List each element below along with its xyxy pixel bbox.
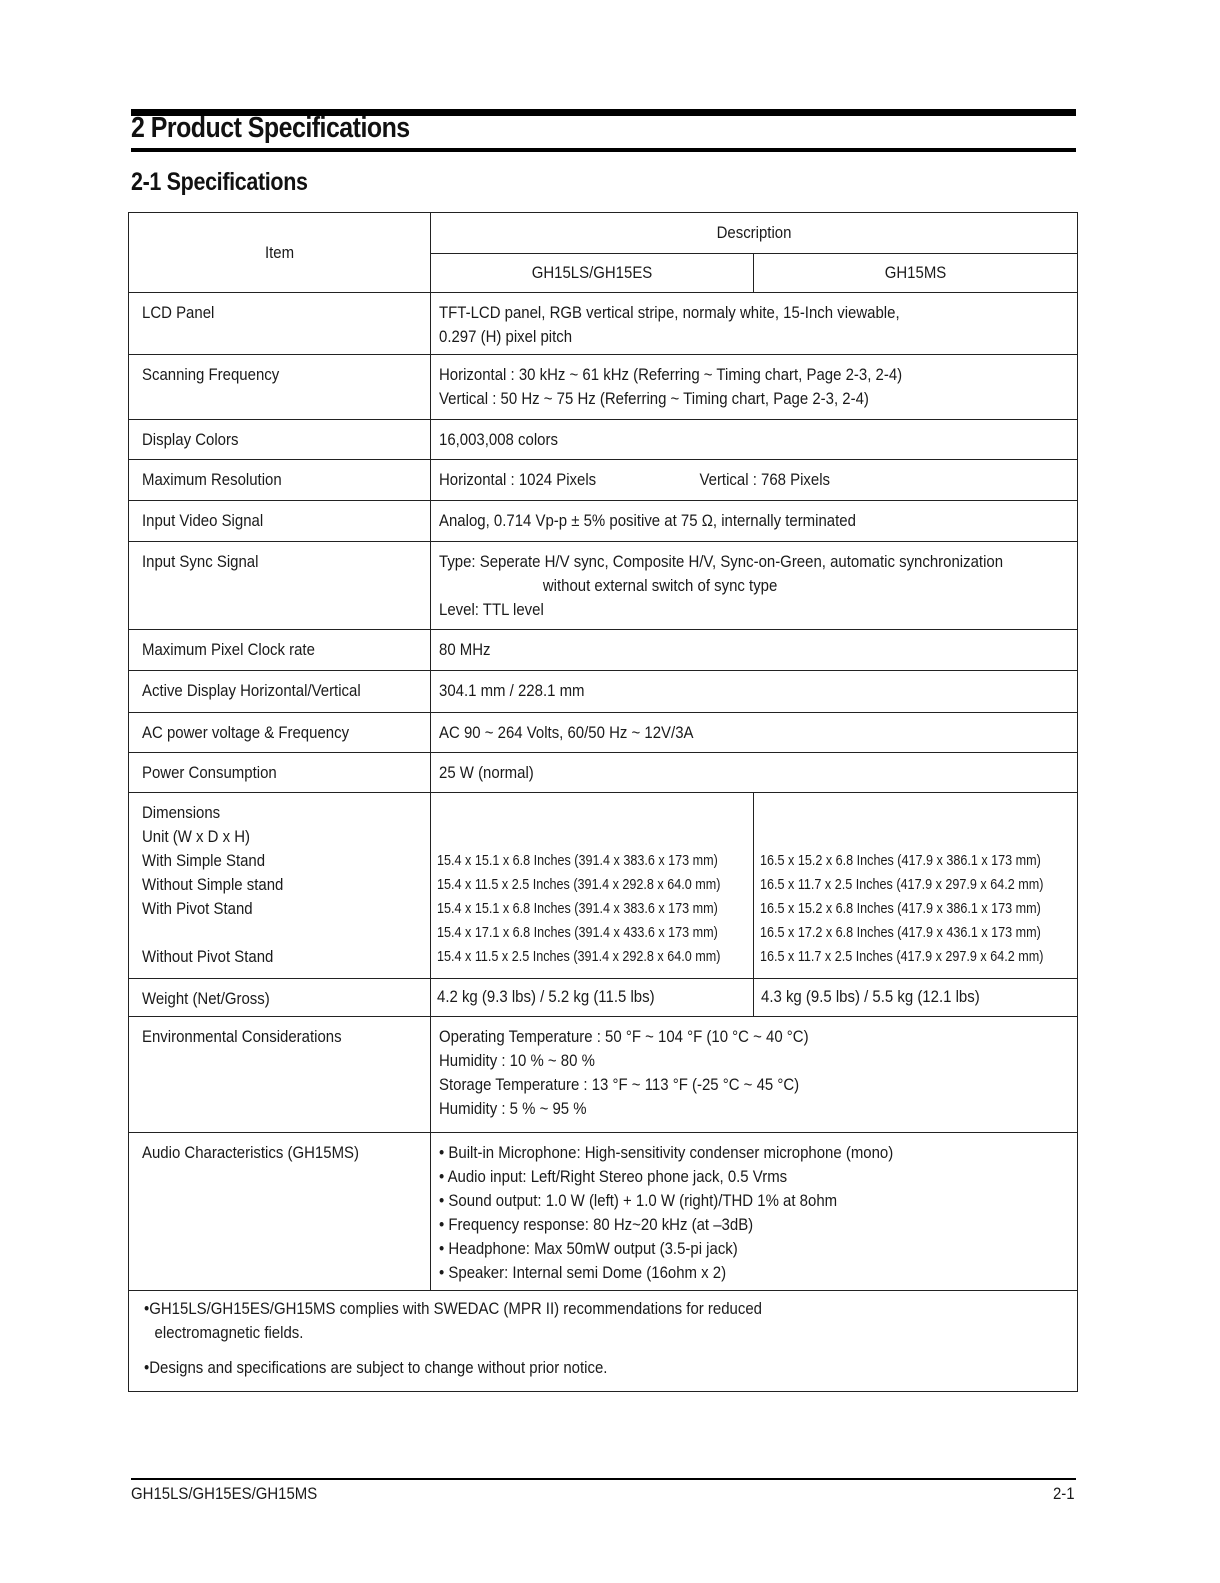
row-label: Input Video Signal [129,501,431,542]
table-row: Active Display Horizontal/Vertical 304.1… [129,671,1078,713]
specifications-table: Item Description GH15LS/GH15ES GH15MS LC… [128,212,1078,1392]
row-label: Weight (Net/Gross) [129,979,431,1017]
chapter-title: 2 Product Specifications [131,112,410,145]
row-label: Maximum Pixel Clock rate [129,630,431,671]
row-value: Analog, 0.714 Vp-p ± 5% positive at 75 Ω… [431,501,1078,542]
row-value: Horizontal : 30 kHz ~ 61 kHz (Referring … [431,355,1078,420]
table-row: LCD Panel TFT-LCD panel, RGB vertical st… [129,293,1078,355]
table-row: Maximum Resolution Horizontal : 1024 Pix… [129,460,1078,501]
row-value: Horizontal : 1024 PixelsVertical : 768 P… [431,460,1078,501]
row-label: Power Consumption [129,753,431,793]
note-change-notice: •Designs and specifications are subject … [144,1356,965,1380]
table-row: Input Video Signal Analog, 0.714 Vp-p ± … [129,501,1078,542]
table-row: Maximum Pixel Clock rate 80 MHz [129,630,1078,671]
dimensions-gh15ls-es: 15.4 x 15.1 x 6.8 Inches (391.4 x 383.6 … [431,793,754,979]
header-rule-bottom [131,148,1076,152]
row-value: Operating Temperature : 50 °F ~ 104 °F (… [431,1017,1078,1133]
notes: •GH15LS/GH15ES/GH15MS complies with SWED… [129,1291,1078,1392]
note-compliance-cont: electromagnetic fields. [144,1321,965,1345]
table-row: Display Colors 16,003,008 colors [129,420,1078,460]
row-value: 304.1 mm / 228.1 mm [431,671,1078,713]
section-title: 2-1 Specifications [131,168,308,197]
page-number: 2-1 [1053,1484,1075,1504]
row-label: Dimensions Unit (W x D x H) With Simple … [129,793,431,979]
table-row: Power Consumption 25 W (normal) [129,753,1078,793]
table-row: AC power voltage & Frequency AC 90 ~ 264… [129,713,1078,753]
table-row-dimensions: Dimensions Unit (W x D x H) With Simple … [129,793,1078,979]
row-label: Input Sync Signal [129,542,431,630]
footer-rule [131,1478,1076,1480]
row-value: 16,003,008 colors [431,420,1078,460]
header-model-gh15ms: GH15MS [754,254,1078,293]
row-label: LCD Panel [129,293,431,355]
row-value: Type: Seperate H/V sync, Composite H/V, … [431,542,1078,630]
footer-models: GH15LS/GH15ES/GH15MS [131,1484,317,1504]
header-model-gh15ls-es: GH15LS/GH15ES [431,254,754,293]
weight-gh15ms: 4.3 kg (9.5 lbs) / 5.5 kg (12.1 lbs) [754,979,1078,1017]
table-row: Environmental Considerations Operating T… [129,1017,1078,1133]
table-notes-row: •GH15LS/GH15ES/GH15MS complies with SWED… [129,1291,1078,1392]
table-row: Input Sync Signal Type: Seperate H/V syn… [129,542,1078,630]
table-row: Audio Characteristics (GH15MS) • Built-i… [129,1133,1078,1291]
row-value: • Built-in Microphone: High-sensitivity … [431,1133,1078,1291]
row-label: Scanning Frequency [129,355,431,420]
table-row: Weight (Net/Gross) 4.2 kg (9.3 lbs) / 5.… [129,979,1078,1017]
header-item: Item [129,213,431,293]
row-value: 80 MHz [431,630,1078,671]
row-label: Audio Characteristics (GH15MS) [129,1133,431,1291]
row-label: Maximum Resolution [129,460,431,501]
row-label: Environmental Considerations [129,1017,431,1133]
header-description: Description [431,213,1078,254]
table-header-row: Item Description [129,213,1078,254]
row-value: TFT-LCD panel, RGB vertical stripe, norm… [431,293,1078,355]
row-label: Active Display Horizontal/Vertical [129,671,431,713]
weight-gh15ls-es: 4.2 kg (9.3 lbs) / 5.2 kg (11.5 lbs) [431,979,754,1017]
row-value: 25 W (normal) [431,753,1078,793]
row-value: AC 90 ~ 264 Volts, 60/50 Hz ~ 12V/3A [431,713,1078,753]
row-label: Display Colors [129,420,431,460]
table-row: Scanning Frequency Horizontal : 30 kHz ~… [129,355,1078,420]
row-label: AC power voltage & Frequency [129,713,431,753]
dimensions-gh15ms: 16.5 x 15.2 x 6.8 Inches (417.9 x 386.1 … [754,793,1078,979]
note-compliance: •GH15LS/GH15ES/GH15MS complies with SWED… [144,1297,965,1321]
